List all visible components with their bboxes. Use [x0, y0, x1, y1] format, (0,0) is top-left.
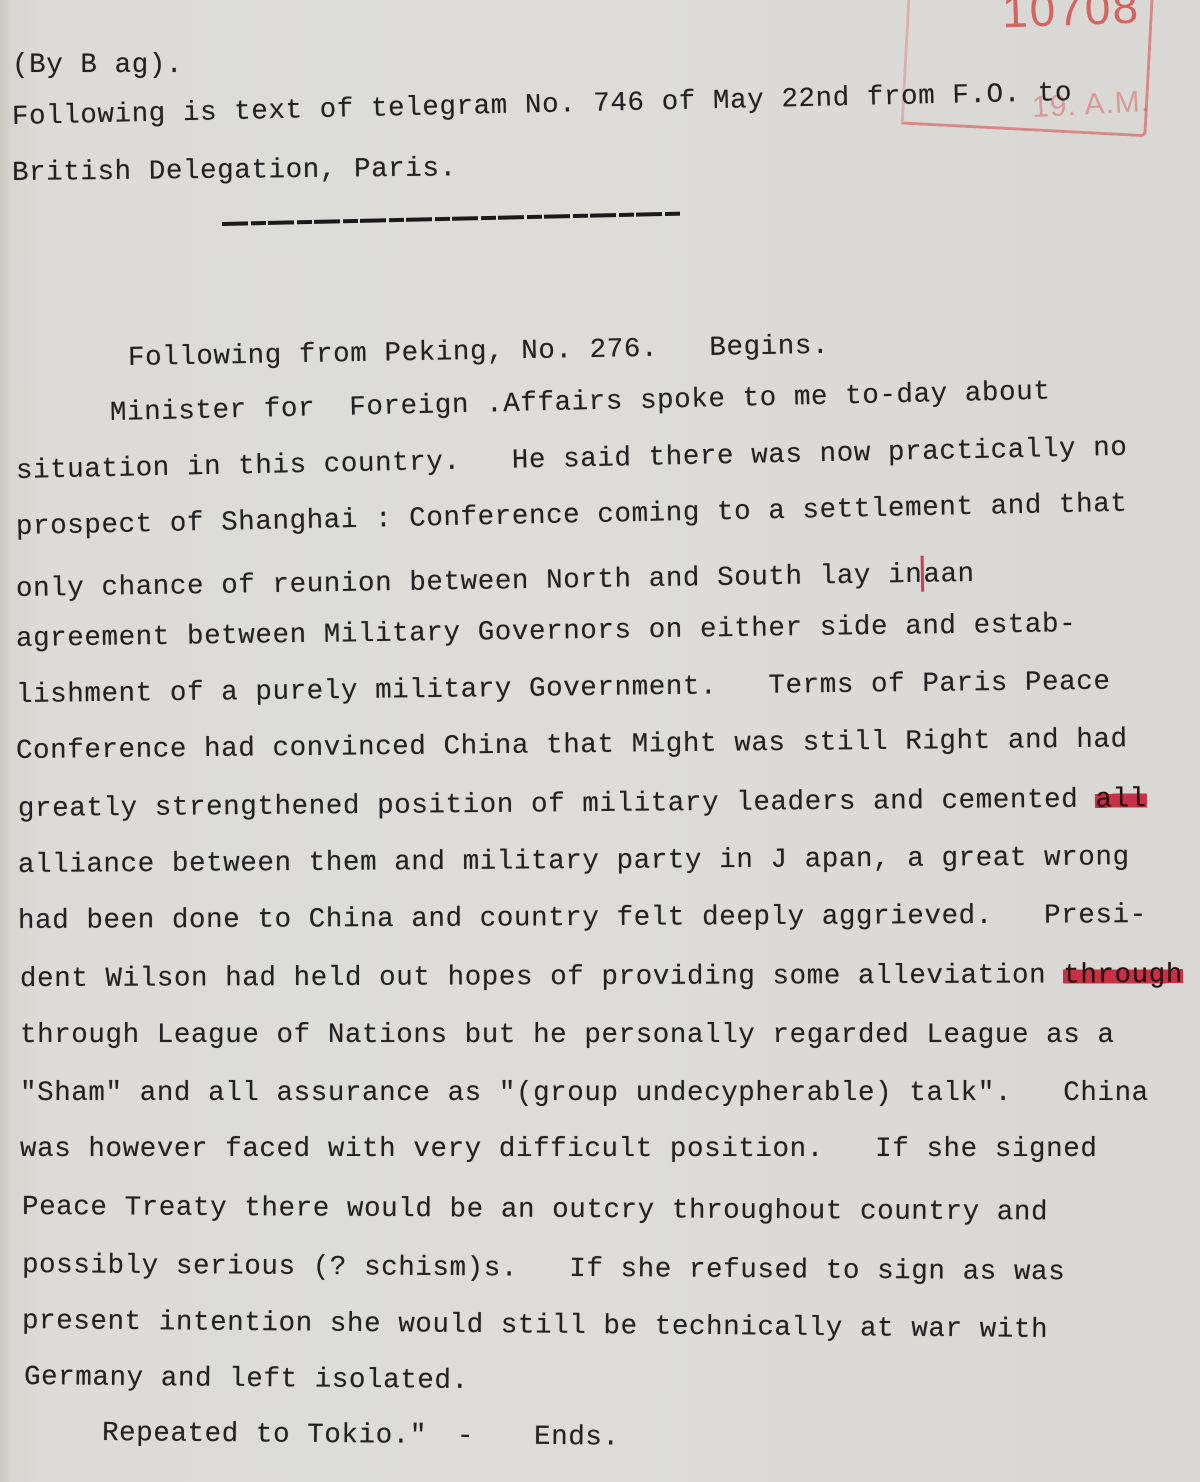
closing-ends: Ends. — [534, 1422, 620, 1454]
body-line-with-strike: greatly strengthened position of militar… — [18, 786, 1147, 823]
body-line: Peace Treaty there would be an outcry th… — [22, 1194, 1048, 1227]
closing-repeated: Repeated to Tokio." — [102, 1418, 427, 1452]
body-line-text: dent Wilson had held out hopes of provid… — [20, 960, 1046, 995]
header-line-3: British Delegation, Paris. — [12, 155, 457, 187]
body-line: situation in this country. He said there… — [16, 435, 1128, 486]
body-line-text: greatly strengthened position of militar… — [18, 785, 1079, 825]
body-line-text: aan — [923, 559, 975, 591]
body-line: possibly serious (? schism)s. If she ref… — [22, 1252, 1065, 1287]
body-line: alliance between them and military party… — [18, 844, 1130, 879]
closing-line: Repeated to Tokio."-Ends. — [102, 1420, 620, 1452]
body-line: was however faced with very difficult po… — [20, 1136, 1097, 1164]
separator-rule — [222, 212, 682, 226]
body-line-with-caret: only chance of reunion between North and… — [16, 555, 975, 606]
body-line: had been done to China and country felt … — [18, 902, 1147, 935]
body-line: through League of Nations but he persona… — [20, 1022, 1115, 1050]
struck-word: through — [1063, 960, 1183, 991]
body-line-text: only chance of reunion between North and… — [16, 560, 923, 605]
red-insertion-mark — [921, 556, 925, 592]
header-line-1: (By B ag). — [12, 52, 183, 80]
body-line-with-strike: dent Wilson had held out hopes of provid… — [20, 962, 1183, 994]
body-line: Conference had convinced China that Migh… — [16, 726, 1128, 765]
registry-stamp-number: 10708 — [1001, 0, 1141, 38]
body-line: "Sham" and all assurance as "(group unde… — [20, 1080, 1149, 1108]
closing-mark: - — [457, 1421, 474, 1452]
body-line: Germany and left isolated. — [24, 1364, 469, 1395]
document-page: 10708 19. A.M. (By B ag). Following is t… — [0, 0, 1200, 1482]
struck-word: all — [1095, 784, 1147, 815]
body-line: lishment of a purely military Government… — [16, 669, 1111, 710]
body-line: prospect of Shanghai : Conference coming… — [16, 491, 1128, 542]
body-line: Minister for Foreign .Affairs spoke to m… — [110, 379, 1051, 428]
body-line: present intention she would still be tec… — [22, 1308, 1048, 1344]
body-line: agreement between Military Governors on … — [16, 611, 1077, 653]
body-opening: Following from Peking, No. 276. Begins. — [128, 333, 830, 373]
